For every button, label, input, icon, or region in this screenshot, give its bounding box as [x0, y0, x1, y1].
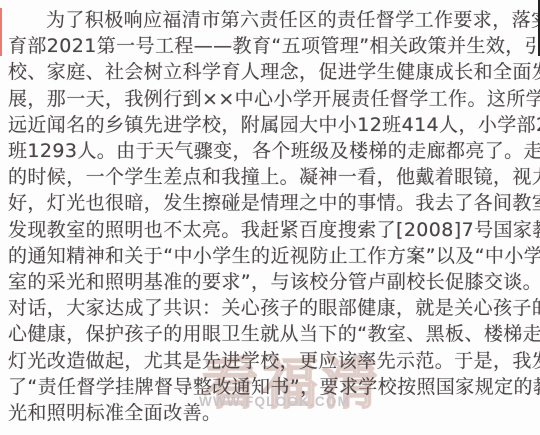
text-line: 心健康，保护孩子的用眼卫生就从当下的“教室、黑板、楼梯走廊”的 — [8, 321, 535, 347]
text-line: 好，灯光也很暗，发生擦碰是情理之中的事情。我去了各间教室， — [8, 190, 535, 216]
text-line: 对话，大家达成了共识：关心孩子的眼部健康，就是关心孩子的身 — [8, 295, 535, 321]
text-line: 的时候，一个学生差点和我撞上。凝神一看，他戴着眼镜，视力不 — [8, 164, 535, 190]
text-line: 了“责任督学挂牌督导整改通知书”，要求学校按照国家规定的教室采 — [8, 374, 535, 400]
text-line: 班1293人。由于天气骤变，各个班级及楼梯的走廊都亮了。走楼梯 — [8, 138, 535, 164]
text-line: 为了积极响应福清市第六责任区的责任督学工作要求，落实教 — [8, 7, 535, 33]
text-line: 育部2021第一号工程——教育“五项管理”相关政策并生效，引导学 — [8, 33, 535, 59]
text-line: 灯光改造做起，尤其是先进学校，更应该率先示范。于是，我发出 — [8, 348, 535, 374]
text-line: 室的采光和照明基准的要求”，与该校分管卢副校长促膝交谈。通过 — [8, 269, 535, 295]
text-line: 发现教室的照明也不太亮。我赶紧百度搜索了[2008]7号国家教育部 — [8, 217, 535, 243]
text-line: 光和照明标准全面改善。 — [8, 400, 535, 426]
screenshot-page: 看福清 WWW.FQLOOK.COM 为了积极响应福清市第六责任区的责任督学工作… — [0, 0, 540, 435]
article-text: 为了积极响应福清市第六责任区的责任督学工作要求，落实教 育部2021第一号工程—… — [8, 7, 535, 426]
text-line: 展，那一天，我例行到××中心小学开展责任督学工作。这所学校是 — [8, 86, 535, 112]
text-line: 的通知精神和关于“中小学生的近视防止工作方案”以及“中小学校教 — [8, 243, 535, 269]
text-line: 校、家庭、社会树立科学育人理念，促进学生健康成长和全面发 — [8, 59, 535, 85]
text-line: 远近闻名的乡镇先进学校，附属园大中小12班414人，小学部27个 — [8, 112, 535, 138]
left-edge-red-artifact — [0, 8, 2, 56]
